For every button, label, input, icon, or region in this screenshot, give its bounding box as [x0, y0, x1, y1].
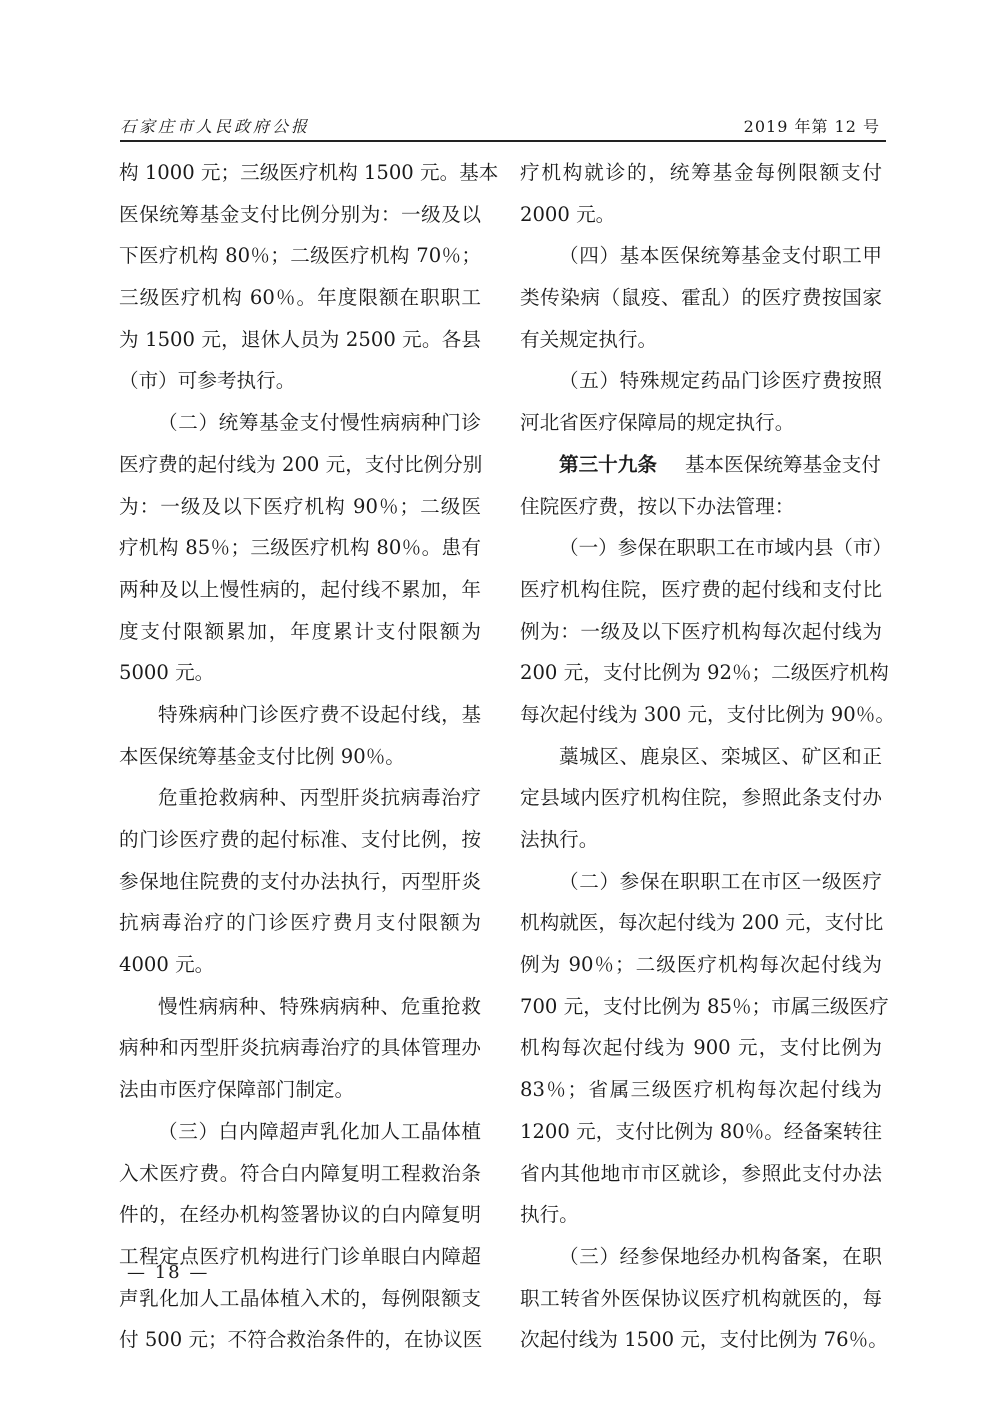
paragraph-start: （一）参保在职职工在市域内县（市）: [520, 527, 882, 569]
text-line: 200 元，支付比例为 92％；二级医疗机构: [520, 652, 882, 694]
text-line: 付 500 元；不符合救治条件的，在协议医: [119, 1319, 481, 1361]
text-line: 为 1500 元，退休人员为 2500 元。各县: [119, 319, 481, 361]
publication-title: 石家庄市人民政府公报: [120, 114, 310, 137]
paragraph-start: （三）经参保地经办机构备案，在职: [520, 1236, 882, 1278]
text-line: 抗病毒治疗的门诊医疗费月支付限额为: [119, 902, 481, 944]
text-line: 700 元，支付比例为 85％；市属三级医疗: [520, 986, 882, 1028]
text-line: 医疗费的起付线为 200 元，支付比例分别: [119, 444, 481, 486]
text-line: 本医保统筹基金支付比例 90％。: [119, 736, 481, 778]
text-line: 职工转省外医保协议医疗机构就医的，每: [520, 1278, 882, 1320]
text-line: 构 1000 元；三级医疗机构 1500 元。基本: [119, 152, 481, 194]
text-line: 1200 元，支付比例为 80％。经备案转往: [520, 1111, 882, 1153]
text-line: 的门诊医疗费的起付标准、支付比例，按: [119, 819, 481, 861]
text-line: 医保统筹基金支付比例分别为：一级及以: [119, 194, 481, 236]
text-line: 医疗机构住院，医疗费的起付线和支付比: [520, 569, 882, 611]
text-line: 件的，在经办机构签署协议的白内障复明: [119, 1194, 481, 1236]
page-number: — 18 —: [127, 1262, 209, 1283]
running-header: 石家庄市人民政府公报 2019 年第 12 号: [120, 112, 880, 140]
text-line: 疗机构就诊的，统筹基金每例限额支付: [520, 152, 882, 194]
article-number: 第三十九条: [559, 453, 657, 476]
paragraph-start: 慢性病病种、特殊病病种、危重抢救: [119, 986, 481, 1028]
text-line: 法执行。: [520, 819, 882, 861]
text-line: 住院医疗费，按以下办法管理：: [520, 486, 882, 528]
text-line: 类传染病（鼠疫、霍乱）的医疗费按国家: [520, 277, 882, 319]
text-line: 疗机构 85％；三级医疗机构 80％。患有: [119, 527, 481, 569]
text-line: 法由市医疗保障部门制定。: [119, 1069, 481, 1111]
paragraph-start: 危重抢救病种、丙型肝炎抗病毒治疗: [119, 777, 481, 819]
text-line: 定县域内医疗机构住院，参照此条支付办: [520, 777, 882, 819]
text-line: 例为 90％；二级医疗机构每次起付线为: [520, 944, 882, 986]
issue-number: 2019 年第 12 号: [744, 114, 880, 137]
text-line: 三级医疗机构 60％。年度限额在职职工: [119, 277, 481, 319]
article-text: 基本医保统筹基金支付: [685, 453, 881, 476]
text-line: 4000 元。: [119, 944, 481, 986]
text-line: 有关规定执行。: [520, 319, 882, 361]
text-line: 每次起付线为 300 元，支付比例为 90％。: [520, 694, 882, 736]
text-line: 下医疗机构 80％；二级医疗机构 70％；: [119, 235, 481, 277]
paragraph-start: 藁城区、鹿泉区、栾城区、矿区和正: [520, 736, 882, 778]
left-column: 构 1000 元；三级医疗机构 1500 元。基本 医保统筹基金支付比例分别为：…: [119, 152, 481, 1361]
text-line: 83％；省属三级医疗机构每次起付线为: [520, 1069, 882, 1111]
right-column: 疗机构就诊的，统筹基金每例限额支付 2000 元。 （四）基本医保统筹基金支付职…: [520, 152, 882, 1361]
text-line: 为：一级及以下医疗机构 90％；二级医: [119, 486, 481, 528]
text-line: 机构就医，每次起付线为 200 元，支付比: [520, 902, 882, 944]
text-line: 省内其他地市市区就诊，参照此支付办法: [520, 1153, 882, 1195]
text-line: 度支付限额累加，年度累计支付限额为: [119, 611, 481, 653]
text-line: 参保地住院费的支付办法执行，丙型肝炎: [119, 861, 481, 903]
text-line: 两种及以上慢性病的，起付线不累加，年: [119, 569, 481, 611]
paragraph-start: （二）统筹基金支付慢性病病种门诊: [119, 402, 481, 444]
header-divider: [120, 140, 886, 142]
text-line: 机构每次起付线为 900 元，支付比例为: [520, 1027, 882, 1069]
text-line: 次起付线为 1500 元，支付比例为 76％。: [520, 1319, 882, 1361]
text-line: 病种和丙型肝炎抗病毒治疗的具体管理办: [119, 1027, 481, 1069]
article-heading-line: 第三十九条基本医保统筹基金支付: [520, 444, 882, 486]
paragraph-start: （三）白内障超声乳化加人工晶体植: [119, 1111, 481, 1153]
paragraph-start: （二）参保在职职工在市区一级医疗: [520, 861, 882, 903]
text-line: 5000 元。: [119, 652, 481, 694]
text-line: 执行。: [520, 1194, 882, 1236]
text-line: 入术医疗费。符合白内障复明工程救治条: [119, 1153, 481, 1195]
text-line: （市）可参考执行。: [119, 360, 481, 402]
text-line: 河北省医疗保障局的规定执行。: [520, 402, 882, 444]
paragraph-start: （五）特殊规定药品门诊医疗费按照: [520, 360, 882, 402]
text-line: 例为：一级及以下医疗机构每次起付线为: [520, 611, 882, 653]
paragraph-start: （四）基本医保统筹基金支付职工甲: [520, 235, 882, 277]
paragraph-start: 特殊病种门诊医疗费不设起付线，基: [119, 694, 481, 736]
text-line: 声乳化加人工晶体植入术的，每例限额支: [119, 1278, 481, 1320]
text-line: 2000 元。: [520, 194, 882, 236]
